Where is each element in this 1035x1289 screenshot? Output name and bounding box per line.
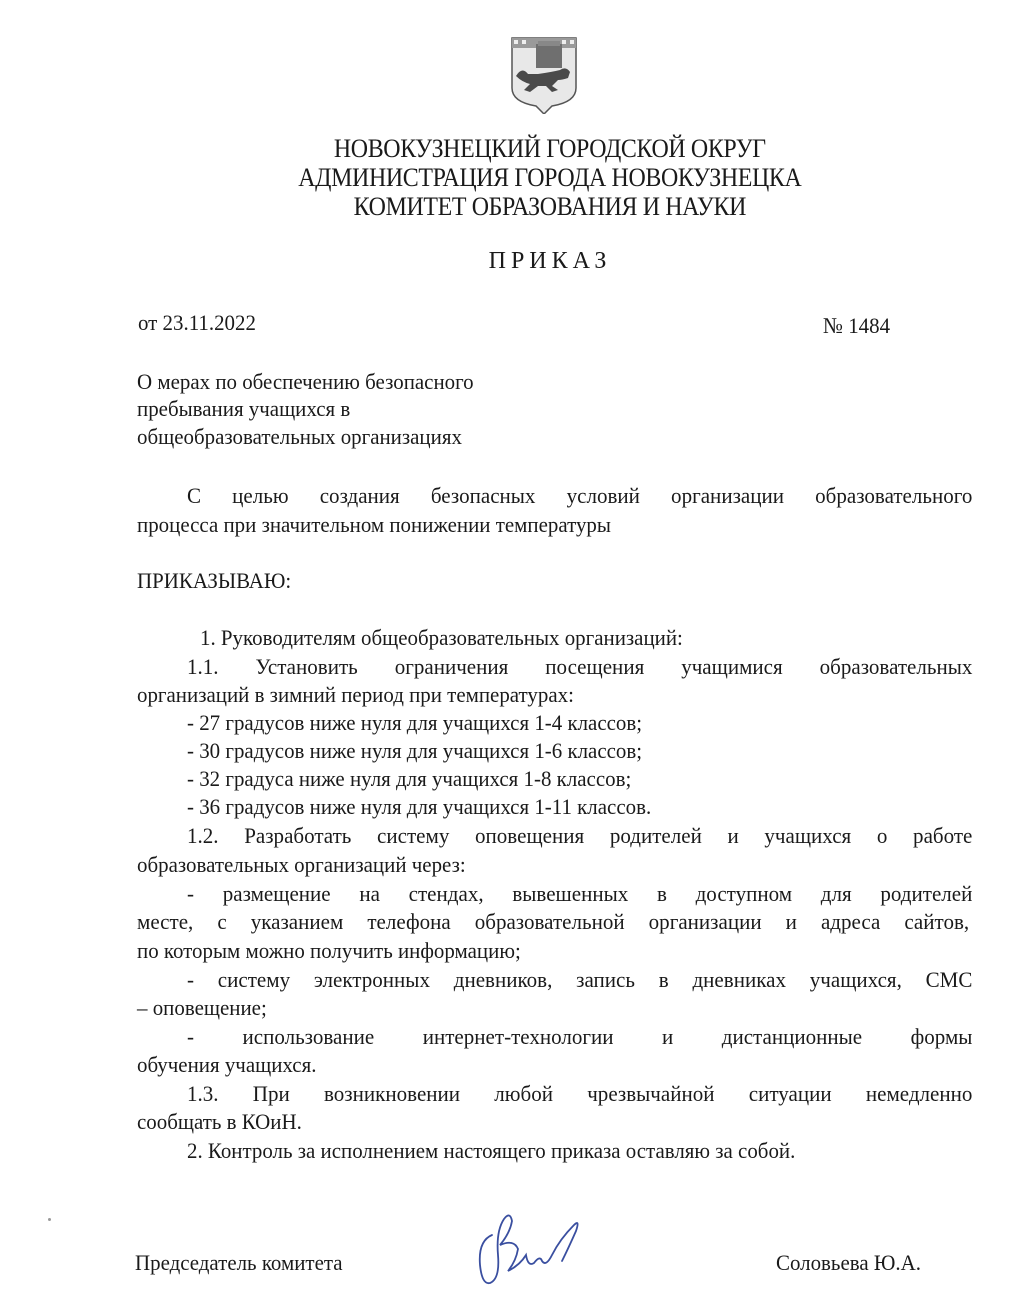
notification-method: по которым можно получить информацию; [137,938,521,964]
preamble-line: С целью создания безопасных условий орга… [187,483,972,509]
order-word: ПРИКАЗЫВАЮ: [137,568,291,594]
document-title: ПРИКАЗ [0,248,1035,275]
order-number: № 1484 [823,313,890,339]
notification-method: обучения учащихся. [137,1052,316,1078]
notification-method: - размещение на стендах, вывешенных в до… [187,881,972,907]
notification-method: – оповещение; [137,995,267,1021]
header-administration: АДМИНИСТРАЦИЯ ГОРОДА НОВОКУЗНЕЦКА [44,163,1035,193]
subject-line: О мерах по обеспечению безопасного [137,369,474,395]
preamble-line: процесса при значительном понижении темп… [137,512,611,538]
notification-method: месте, с указанием телефона образователь… [137,909,969,935]
item-1: 1. Руководителям общеобразовательных орг… [200,625,683,651]
signatory-position: Председатель комитета [135,1250,343,1276]
notification-method: - систему электронных дневников, запись … [187,967,972,993]
handwritten-signature-icon [470,1205,600,1289]
temperature-limit: - 27 градусов ниже нуля для учащихся 1-4… [187,710,642,736]
temperature-limit: - 32 градуса ниже нуля для учащихся 1-8 … [187,766,631,792]
temperature-limit: - 30 градусов ниже нуля для учащихся 1-6… [187,738,642,764]
signatory-name: Соловьева Ю.А. [776,1250,921,1276]
item-1-3: 1.3. При возникновении любой чрезвычайно… [187,1081,972,1107]
header-committee: КОМИТЕТ ОБРАЗОВАНИЯ И НАУКИ [44,192,1035,222]
header-district: НОВОКУЗНЕЦКИЙ ГОРОДСКОЙ ОКРУГ [44,134,1035,164]
temperature-limit: - 36 градусов ниже нуля для учащихся 1-1… [187,794,651,820]
item-1-1: 1.1. Установить ограничения посещения уч… [187,654,972,680]
order-date: от 23.11.2022 [138,310,256,336]
item-1-2: образовательных организаций через: [137,852,466,878]
subject-line: общеобразовательных организациях [137,424,462,450]
scan-speck [48,1218,51,1221]
item-1-2: 1.2. Разработать систему оповещения роди… [187,823,972,849]
subject-line: пребывания учащихся в [137,396,350,422]
notification-method: - использование интернет-технологии и ди… [187,1024,972,1050]
coat-of-arms-icon [508,36,580,114]
item-1-3: сообщать в КОиН. [137,1109,302,1135]
item-1-1: организаций в зимний период при температ… [137,682,574,708]
item-2: 2. Контроль за исполнением настоящего пр… [187,1138,795,1164]
